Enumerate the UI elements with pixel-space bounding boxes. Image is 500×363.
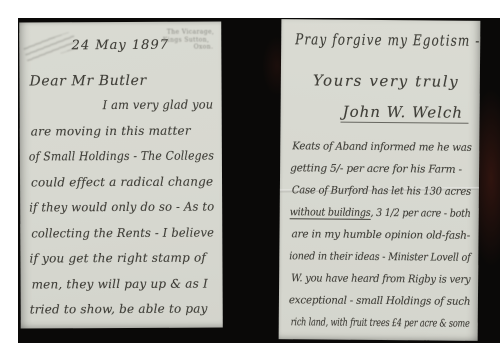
handwritten-line: ioned in their ideas - Minister Lovell o… [289, 245, 454, 268]
handwritten-line: men, they will pay up & as I [32, 271, 215, 297]
letter-body-right: Keats of Aband informed me he was gettin… [288, 135, 471, 341]
handwritten-line: getting 5/- per acre for his Farm - [290, 157, 471, 181]
letter-photograph: The Vicarage, Kings Sutton, Oxon. 24 May… [18, 18, 500, 343]
handwritten-line: more told me paid him well - [288, 333, 469, 341]
handwritten-line: without buildings, 3 1/2 per acre - both [290, 201, 453, 224]
letterhead-line: Oxon. [163, 44, 215, 52]
printed-letterhead: The Vicarage, Kings Sutton, Oxon. [163, 29, 215, 52]
signature-name: John W. Welch [340, 103, 469, 124]
handwritten-line: if they would only do so - As to [29, 195, 206, 221]
handwritten-line: could effect a radical change [31, 169, 214, 195]
handwritten-line: W. you have heard from Rigby is very [291, 267, 459, 290]
handwritten-line: are moving in this matter [31, 118, 214, 144]
handwritten-line: collecting the Rents - I believe [31, 220, 206, 246]
handwritten-line: if you get the right stamp of [29, 246, 214, 272]
handwritten-line: tried to show, be able to pay [30, 297, 215, 323]
line-continuation: , 3 1/2 per acre - both [370, 207, 470, 220]
handwritten-line: exceptional - small Holdings of such [289, 289, 466, 313]
letter-page-left: The Vicarage, Kings Sutton, Oxon. 24 May… [19, 21, 223, 328]
ink-stamp-smudge [23, 31, 78, 64]
handwritten-line: of Small Holdings - The Colleges [29, 144, 196, 170]
handwritten-line: Keats of Aband informed me he was [292, 135, 465, 159]
handwritten-line: Case of Burford has let his 130 acres [292, 179, 461, 202]
underlined-phrase: without buildings [290, 206, 371, 220]
letter-body-left: I am very glad you are moving in this ma… [29, 93, 215, 323]
handwritten-line: are in my humble opinion old-fash- [291, 223, 470, 247]
valediction: Yours very truly [313, 71, 480, 90]
signature: John W. Welch [340, 103, 479, 124]
handwritten-line: I am very glad you [29, 93, 205, 119]
letter-page-right: Pray forgive my Egotism - Yours very tru… [279, 19, 481, 341]
handwritten-line: rich land, with fruit trees £4 per acre … [291, 311, 428, 334]
closing-line: Pray forgive my Egotism - [295, 30, 443, 49]
letterhead-line: The Vicarage, [163, 29, 215, 37]
salutation: Dear Mr Butler [29, 72, 221, 89]
